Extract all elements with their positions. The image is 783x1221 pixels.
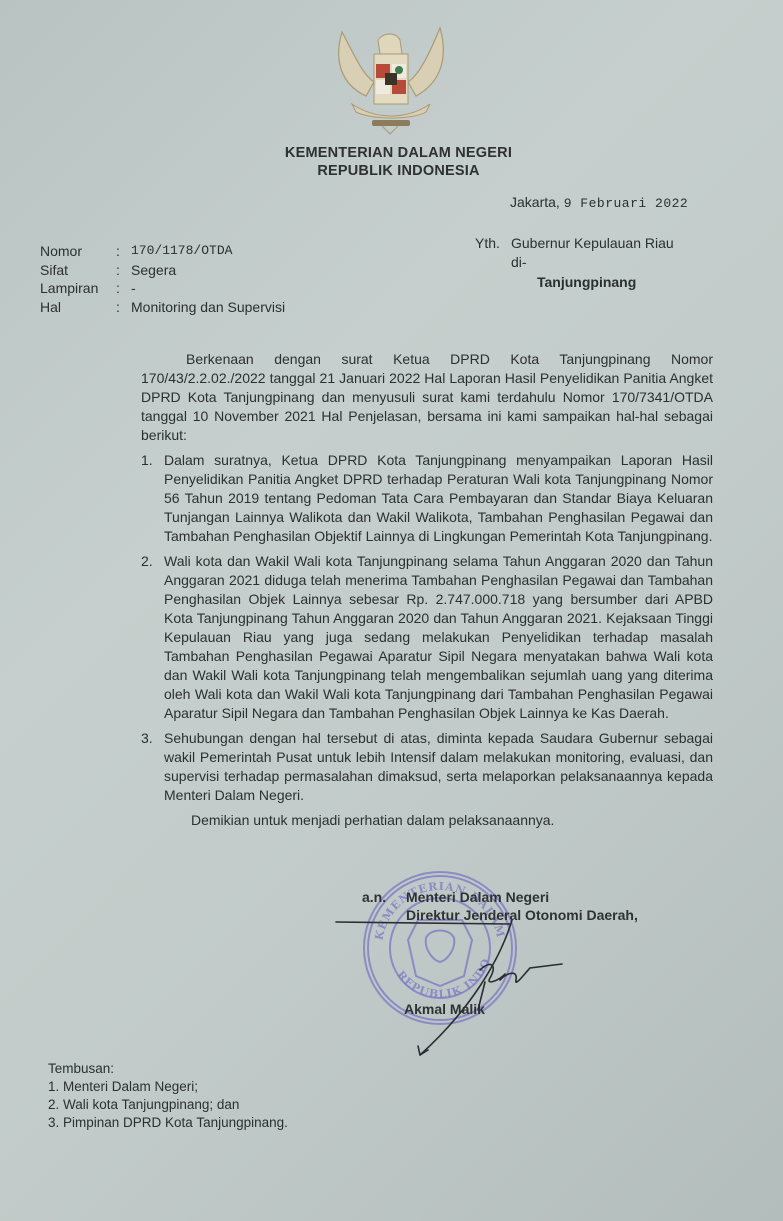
list-item: 1. Dalam suratnya, Ketua DPRD Kota Tanju… xyxy=(141,451,713,546)
tembusan-item: 1. Menteri Dalam Negeri; xyxy=(48,1078,288,1096)
meta-value: 170/1178/OTDA xyxy=(131,242,232,261)
recipient-name: Gubernur Kepulauan Riau xyxy=(511,234,674,253)
recipient-address: Yth. Gubernur Kepulauan Riau di- Tanjung… xyxy=(475,234,674,292)
recipient-city: Tanjungpinang xyxy=(537,273,674,292)
list-number: 1. xyxy=(141,451,153,470)
garuda-emblem-icon xyxy=(332,24,450,136)
ministry-name: KEMENTERIAN DALAM NEGERI xyxy=(7,144,783,162)
meta-label: Lampiran xyxy=(40,279,116,298)
letter-page: KEMENTERIAN DALAM NEGERI REPUBLIK INDONE… xyxy=(0,0,783,1221)
list-number: 2. xyxy=(141,552,153,571)
points-list: 1. Dalam suratnya, Ketua DPRD Kota Tanju… xyxy=(141,451,713,805)
list-item: 3. Sehubungan dengan hal tersebut di ata… xyxy=(141,729,713,805)
tembusan-block: Tembusan: 1. Menteri Dalam Negeri; 2. Wa… xyxy=(48,1060,288,1132)
meta-label: Sifat xyxy=(40,261,116,280)
recipient-prefix: Yth. xyxy=(475,234,511,253)
meta-value: - xyxy=(131,279,136,298)
list-text: Wali kota dan Wakil Wali kota Tanjungpin… xyxy=(164,553,713,721)
meta-sep: : xyxy=(116,242,131,261)
closing-paragraph: Demikian untuk menjadi perhatian dalam p… xyxy=(141,811,713,830)
letterhead-title: KEMENTERIAN DALAM NEGERI REPUBLIK INDONE… xyxy=(0,144,783,180)
country-name: REPUBLIK INDONESIA xyxy=(7,162,783,180)
meta-sep: : xyxy=(116,261,131,280)
meta-sep: : xyxy=(116,298,131,317)
list-number: 3. xyxy=(141,729,153,748)
list-item: 2. Wali kota dan Wakil Wali kota Tanjung… xyxy=(141,552,713,723)
date-place: Jakarta, xyxy=(510,194,560,210)
letter-meta: Nomor : 170/1178/OTDA Sifat : Segera Lam… xyxy=(40,242,285,316)
letter-date: Jakarta, 9 Februari 2022 xyxy=(510,194,688,211)
list-text: Sehubungan dengan hal tersebut di atas, … xyxy=(164,730,713,803)
meta-value: Segera xyxy=(131,261,176,280)
intro-paragraph: Berkenaan dengan surat Ketua DPRD Kota T… xyxy=(141,350,713,445)
list-text: Dalam suratnya, Ketua DPRD Kota Tanjungp… xyxy=(164,452,713,544)
meta-sifat: Sifat : Segera xyxy=(40,261,285,280)
date-value: 9 Februari 2022 xyxy=(564,196,689,211)
meta-sep: : xyxy=(116,279,131,298)
tembusan-item: 3. Pimpinan DPRD Kota Tanjungpinang. xyxy=(48,1114,288,1132)
tembusan-item: 2. Wali kota Tanjungpinang; dan xyxy=(48,1096,288,1114)
meta-value: Monitoring dan Supervisi xyxy=(131,298,285,317)
meta-nomor: Nomor : 170/1178/OTDA xyxy=(40,242,285,261)
recipient-di: di- xyxy=(475,253,674,272)
meta-lampiran: Lampiran : - xyxy=(40,279,285,298)
meta-label: Hal xyxy=(40,298,116,317)
tembusan-title: Tembusan: xyxy=(48,1060,288,1078)
letter-body: Berkenaan dengan surat Ketua DPRD Kota T… xyxy=(141,350,713,830)
meta-label: Nomor xyxy=(40,242,116,261)
handwritten-signature-icon xyxy=(330,900,590,1060)
meta-hal: Hal : Monitoring dan Supervisi xyxy=(40,298,285,317)
